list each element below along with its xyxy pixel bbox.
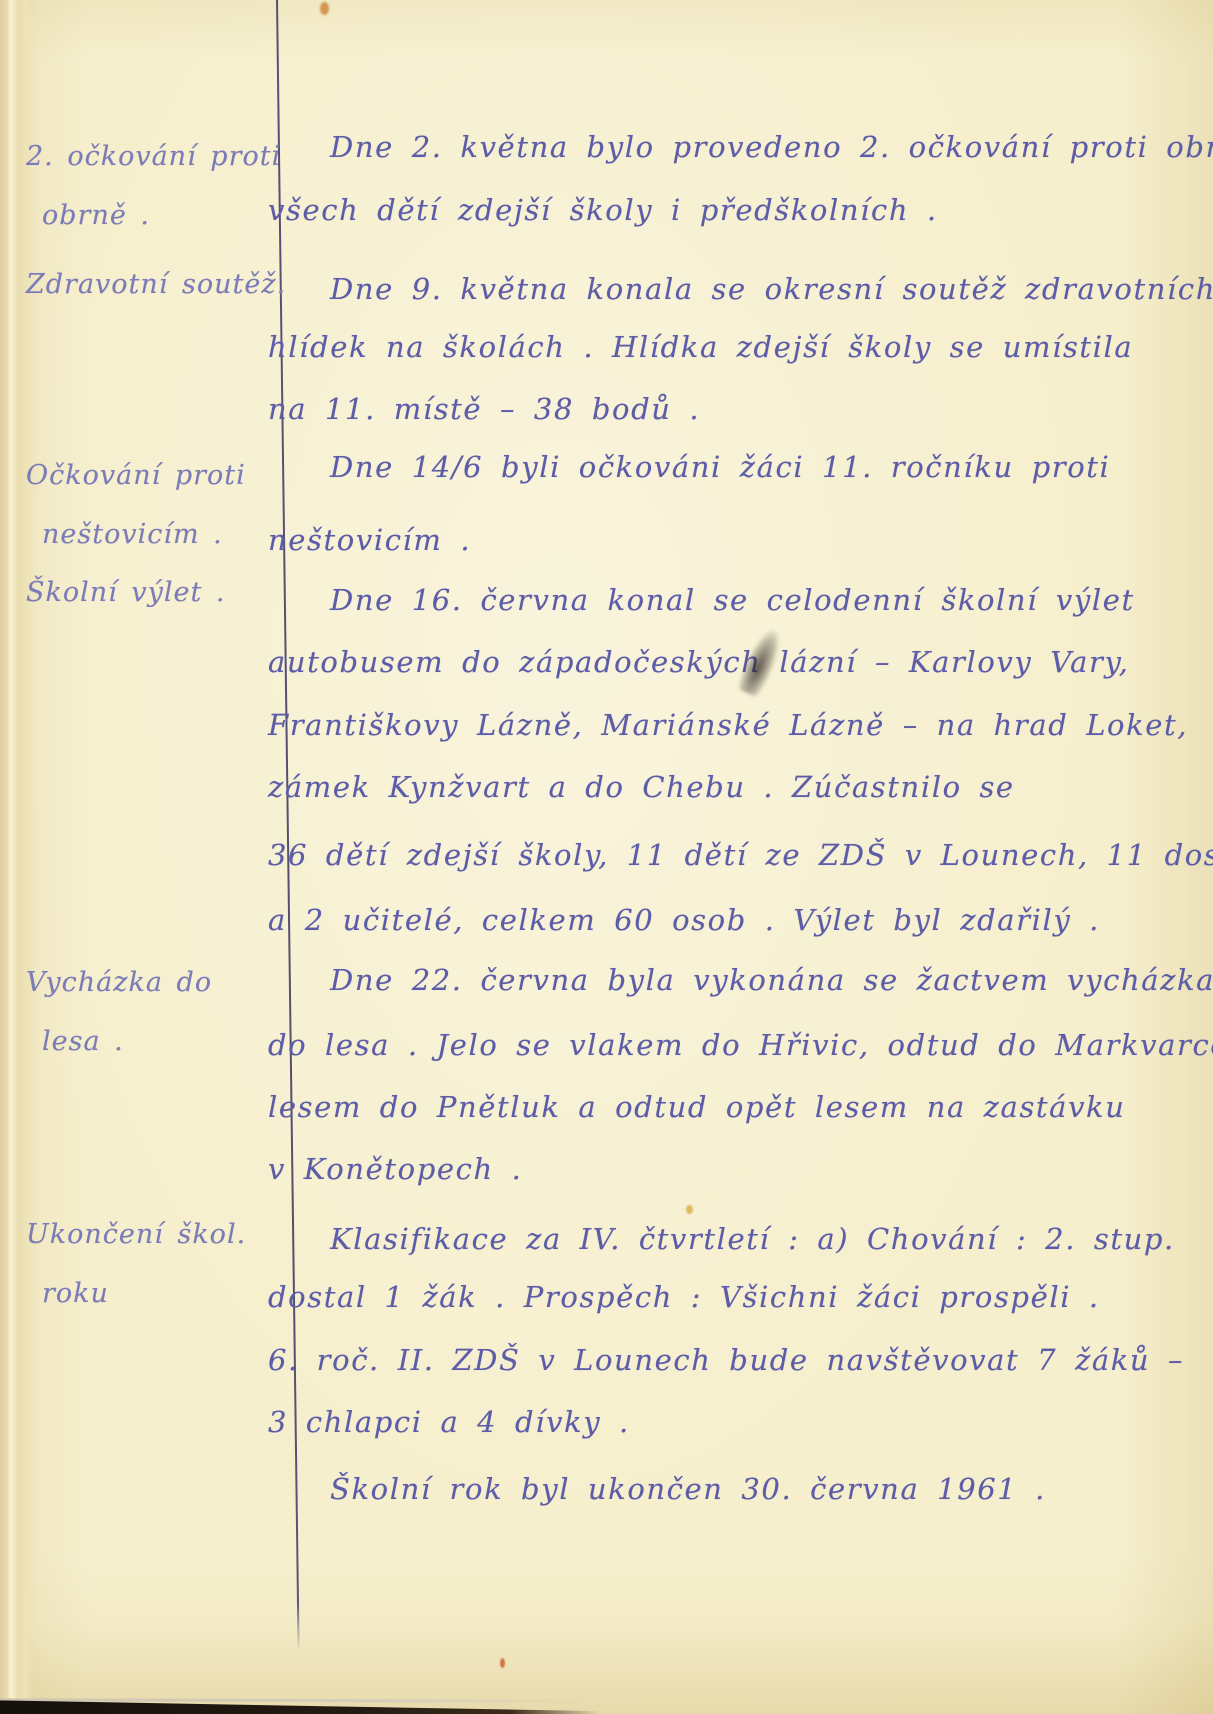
margin-note-line: Zdravotní soutěž. — [26, 255, 286, 314]
handwritten-line: Školní rok byl ukončen 30. června 1961 . — [330, 1472, 1046, 1506]
handwritten-line: hlídek na školách . Hlídka zdejší školy … — [268, 330, 1133, 364]
handwritten-line: do lesa . Jelo se vlakem do Hřivic, odtu… — [268, 1028, 1213, 1062]
paper-speck — [686, 1205, 693, 1214]
handwritten-line: na 11. místě – 38 bodů . — [268, 392, 700, 426]
margin-note: 2. očkování protiobrně . — [26, 127, 281, 245]
handwritten-line: všech dětí zdejší školy i předškolních . — [268, 193, 938, 227]
margin-notes-column: 2. očkování protiobrně .Zdravotní soutěž… — [26, 0, 266, 1714]
handwritten-line: Dne 22. června byla vykonána se žactvem … — [330, 963, 1213, 997]
margin-note-line: Očkování proti — [26, 446, 246, 505]
handwritten-line: v Konětopech . — [268, 1152, 522, 1186]
paper-speck — [320, 2, 329, 15]
paper-speck — [500, 1658, 505, 1668]
margin-note-line: Ukončení škol. — [26, 1205, 246, 1264]
margin-note: Vycházka dolesa . — [26, 953, 212, 1071]
handwritten-line: neštovicím . — [268, 523, 471, 557]
handwritten-line: zámek Kynžvart a do Chebu . Zúčastnilo s… — [268, 770, 1015, 804]
handwritten-line: dostal 1 žák . Prospěch : Všichni žáci p… — [268, 1280, 1100, 1314]
margin-note-line: Školní výlet . — [26, 563, 226, 622]
handwritten-line: 6. roč. II. ZDŠ v Lounech bude navštěvov… — [268, 1343, 1184, 1377]
chronicle-page: { "page": { "paper_color": "#f6efcd", "i… — [0, 0, 1213, 1714]
handwritten-line: Dne 9. května konala se okresní soutěž z… — [330, 272, 1213, 306]
margin-note: Školní výlet . — [26, 563, 226, 622]
handwritten-line: Františkovy Lázně, Mariánské Lázně – na … — [268, 708, 1188, 742]
handwritten-line: lesem do Pnětluk a odtud opět lesem na z… — [268, 1090, 1126, 1124]
handwritten-line: Dne 14/6 byli očkováni žáci 11. ročníku … — [330, 450, 1110, 484]
handwritten-line: Dne 16. června konal se celodenní školní… — [330, 583, 1135, 617]
margin-note: Očkování protineštovicím . — [26, 446, 246, 564]
margin-note-line: roku — [42, 1264, 246, 1323]
margin-note-line: Vycházka do — [26, 953, 212, 1012]
margin-note-line: neštovicím . — [42, 505, 246, 564]
handwritten-line: a 2 učitelé, celkem 60 osob . Výlet byl … — [268, 903, 1100, 937]
margin-note-line: lesa . — [42, 1012, 212, 1071]
margin-note-line: obrně . — [42, 186, 281, 245]
handwritten-line: Dne 2. května bylo provedeno 2. očkování… — [330, 130, 1213, 164]
margin-note: Ukončení škol.roku — [26, 1205, 246, 1323]
handwritten-line: autobusem do západočeských lázní – Karlo… — [268, 645, 1129, 679]
main-text-column: Dne 2. května bylo provedeno 2. očkování… — [268, 0, 1208, 1714]
margin-note-line: 2. očkování proti — [26, 127, 281, 186]
handwritten-line: 36 dětí zdejší školy, 11 dětí ze ZDŠ v L… — [268, 838, 1213, 872]
handwritten-line: Klasifikace za IV. čtvrtletí : a) Chován… — [330, 1222, 1175, 1256]
handwritten-line: 3 chlapci a 4 dívky . — [268, 1405, 630, 1439]
margin-note: Zdravotní soutěž. — [26, 255, 286, 314]
